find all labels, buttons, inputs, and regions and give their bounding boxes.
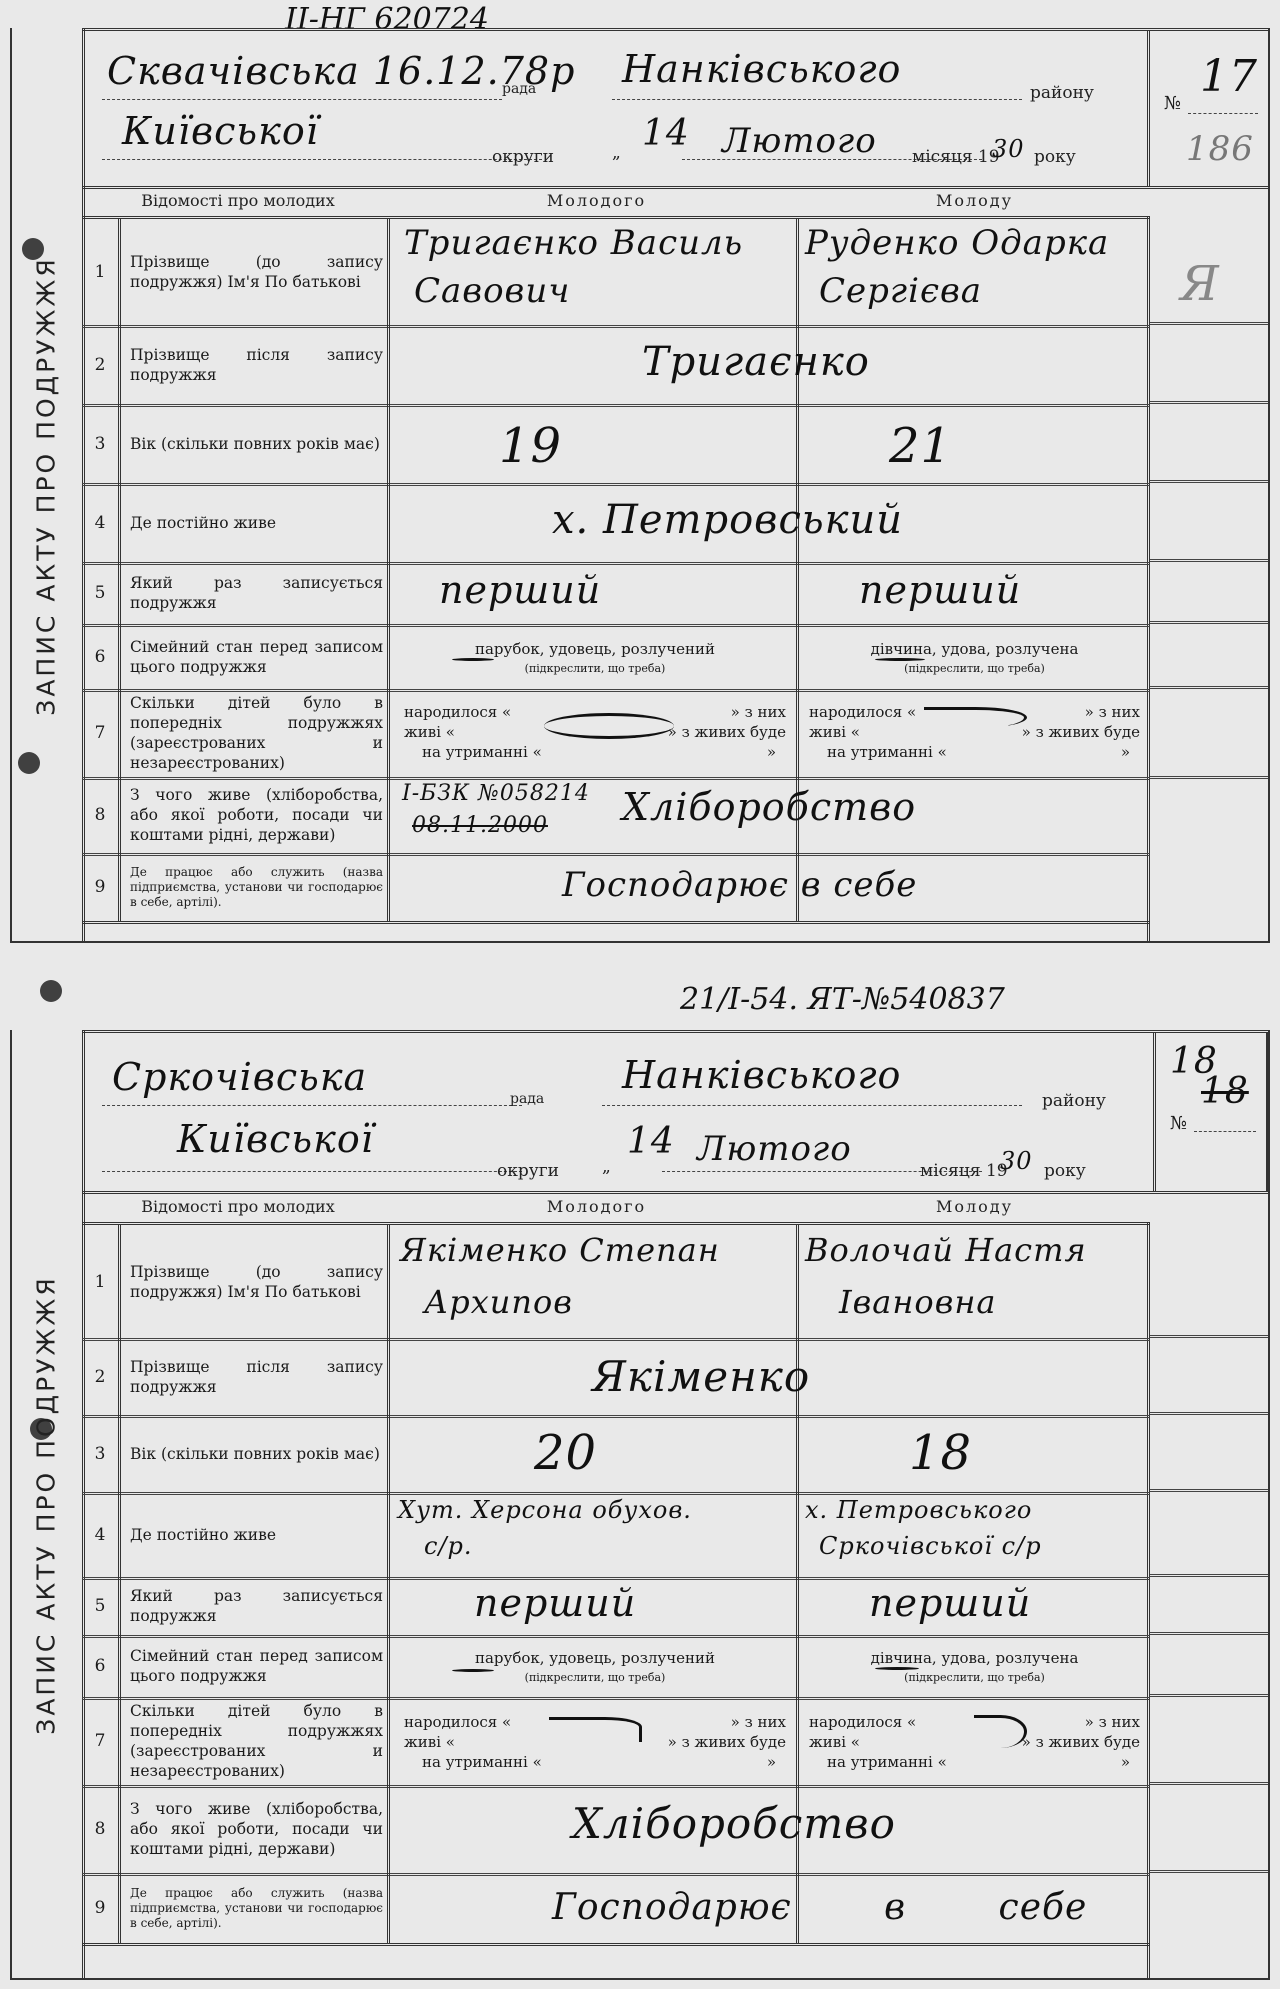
row-number: 2 bbox=[82, 1338, 121, 1415]
record-number: 17 bbox=[1200, 51, 1258, 102]
okruha-label: округи bbox=[492, 147, 554, 167]
row-number: 5 bbox=[82, 562, 121, 624]
rada-label: рада bbox=[510, 1091, 544, 1107]
bride-status-options: дівчина, удова, розлучена bbox=[799, 640, 1150, 658]
bride-name-line2: Івановна bbox=[839, 1283, 996, 1321]
row-label: Де постійно живе bbox=[122, 483, 390, 562]
row-label: Де працює або служить (назва підприємств… bbox=[122, 853, 390, 921]
day-value: 14 bbox=[627, 1121, 675, 1162]
row-number: 7 bbox=[82, 1697, 121, 1785]
side-strip: ЗАПИС АКТУ ПРО ПОДРУЖЖЯ bbox=[10, 28, 85, 943]
row-occupation: 8 З чого живе (хліборобства, або якої ро… bbox=[82, 777, 1150, 856]
row-number: 7 bbox=[82, 689, 121, 777]
col-head-bride: Молоду bbox=[799, 1192, 1150, 1225]
row-residence: 4 Де постійно живе Хут. Херсона обухов. … bbox=[82, 1492, 1150, 1580]
raion-value: Нанківського bbox=[622, 1053, 901, 1097]
row-label: Скільки дітей було в попередніх подружжя… bbox=[122, 689, 390, 777]
row-workplace: 9 Де працює або служить (назва підприємс… bbox=[82, 853, 1150, 924]
row-number: 4 bbox=[82, 483, 121, 562]
side-title: ЗАПИС АКТУ ПРО ПОДРУЖЖЯ bbox=[32, 1275, 61, 1734]
rada-value: Сркочівська bbox=[112, 1055, 367, 1099]
raion-value: Нанківського bbox=[622, 47, 901, 91]
row-label: Прізвище після запису подружжя bbox=[122, 325, 390, 404]
groom-age: 20 bbox=[534, 1425, 597, 1481]
record-header: Сркочівська рада Нанківського району Киї… bbox=[82, 1030, 1268, 1194]
surname-after-value: Якіменко bbox=[592, 1352, 810, 1401]
record-number-struck: 18 bbox=[1201, 1071, 1249, 1112]
row-label: З чого живе (хліборобства, або якої робо… bbox=[122, 1785, 390, 1873]
row-number: 8 bbox=[82, 777, 121, 853]
row-number: 3 bbox=[82, 1415, 121, 1492]
bride-children-dash bbox=[974, 1715, 1027, 1748]
bride-age: 21 bbox=[889, 418, 952, 474]
row-children: 7 Скільки дітей було в попередніх подруж… bbox=[82, 689, 1150, 780]
raion-label: району bbox=[1030, 83, 1094, 103]
year-label: року bbox=[1044, 1161, 1086, 1181]
bride-status-hint: (підкреслити, що треба) bbox=[799, 662, 1150, 675]
month-value: Лютого bbox=[722, 121, 877, 161]
row-label: З чого живе (хліборобства, або якої робо… bbox=[122, 777, 390, 853]
row-number: 8 bbox=[82, 1785, 121, 1873]
row-age: 3 Вік (скільки повних років має) 20 18 bbox=[82, 1415, 1150, 1495]
groom-residence-line2: с/р. bbox=[424, 1532, 473, 1560]
record-header: Сквачівська 16.12.78р рада Нанківського … bbox=[82, 28, 1268, 189]
bride-children-dash bbox=[924, 707, 1027, 728]
groom-children-dash bbox=[549, 1717, 642, 1742]
bride-name-cell: Руденко Одарка Сергієва bbox=[799, 219, 1150, 325]
row-label: Де постійно живе bbox=[122, 1492, 390, 1577]
groom-status-underline bbox=[452, 658, 494, 661]
row-surname-after: 2 Прізвище після запису подружжя Якіменк… bbox=[82, 1338, 1150, 1418]
quote-open: „ bbox=[602, 1157, 611, 1177]
col-head-info: Відомості про молодих bbox=[82, 186, 394, 219]
surname-after-value: Тригаєнко bbox=[642, 339, 870, 385]
row-status: 6 Сімейний стан перед записом цього подр… bbox=[82, 624, 1150, 692]
okruha-value: Київської bbox=[177, 1117, 374, 1161]
month-value: Лютого bbox=[697, 1129, 852, 1169]
bride-times: перший bbox=[859, 568, 1021, 612]
side-title: ЗАПИС АКТУ ПРО ПОДРУЖЖЯ bbox=[32, 256, 61, 715]
bride-times: перший bbox=[869, 1581, 1031, 1625]
marriage-record-1: ЗАПИС АКТУ ПРО ПОДРУЖЖЯ Сквачівська 16.1… bbox=[0, 28, 1280, 943]
bride-status-underline bbox=[875, 658, 925, 661]
year-label: року bbox=[1034, 147, 1076, 167]
row-label: Скільки дітей було в попередніх подружжя… bbox=[122, 1697, 390, 1785]
row-number: 4 bbox=[82, 1492, 121, 1577]
bride-status-underline bbox=[875, 1667, 919, 1670]
row-surname-after: 2 Прізвище після запису подружжя Тригаєн… bbox=[82, 325, 1150, 407]
row-number: 5 bbox=[82, 1577, 121, 1635]
number-sign: № bbox=[1170, 1113, 1187, 1134]
row-label: Вік (скільки повних років має) bbox=[122, 404, 390, 483]
bride-name-line1: Волочай Настя bbox=[805, 1231, 1087, 1269]
bride-residence-line2: Сркочівської с/р bbox=[819, 1532, 1042, 1560]
groom-age: 19 bbox=[499, 418, 562, 474]
groom-status-options: парубок, удовець, розлучений bbox=[394, 1649, 796, 1667]
okruha-value: Київської bbox=[122, 109, 319, 153]
groom-name-cell: Тригаєнко Василь Савович bbox=[394, 219, 799, 325]
year-value: 30 bbox=[992, 135, 1025, 163]
month-label: місяця 19 bbox=[920, 1161, 1008, 1181]
row-number: 2 bbox=[82, 325, 121, 404]
col-head-groom: Молодого bbox=[394, 1192, 799, 1225]
residence-value: х. Петровський bbox=[552, 497, 903, 543]
row-times: 5 Який раз записується подружжя перший п… bbox=[82, 1577, 1150, 1638]
record-number-box: № 17 186 bbox=[1147, 31, 1268, 186]
groom-residence-line1: Хут. Херсона обухов. bbox=[398, 1496, 692, 1524]
row-name: 1 Прізвище (до запису подружжя) Ім'я По … bbox=[82, 219, 1150, 328]
groom-name-line1: Тригаєнко Василь bbox=[404, 223, 743, 263]
row-label: Який раз записується подружжя bbox=[122, 1577, 390, 1635]
row-occupation: 8 З чого живе (хліборобства, або якої ро… bbox=[82, 1785, 1150, 1876]
row-residence: 4 Де постійно живе х. Петровський bbox=[82, 483, 1150, 565]
archive-stamp-middle: 21/I-54. ЯТ-№540837 bbox=[680, 982, 1005, 1017]
row-age: 3 Вік (скільки повних років має) 19 21 bbox=[82, 404, 1150, 486]
groom-occupation-note2: 08.11.2000 bbox=[412, 813, 548, 838]
groom-times: перший bbox=[439, 568, 601, 612]
row-number: 9 bbox=[82, 1873, 121, 1943]
bride-status-options: дівчина, удова, розлучена bbox=[799, 1649, 1150, 1667]
row-number: 9 bbox=[82, 853, 121, 921]
row-label: Прізвище (до запису подружжя) Ім'я По ба… bbox=[122, 219, 390, 325]
col-head-bride: Молоду bbox=[799, 186, 1150, 219]
number-sign: № bbox=[1164, 93, 1181, 114]
margin-mark: Я bbox=[1180, 256, 1220, 312]
row-label: Який раз записується подружжя bbox=[122, 562, 390, 624]
bride-name-line1: Руденко Одарка bbox=[805, 223, 1109, 263]
groom-occupation-note1: І-БЗК №058214 bbox=[402, 781, 590, 806]
bride-status-hint: (підкреслити, що треба) bbox=[799, 1671, 1150, 1684]
groom-status-hint: (підкреслити, що треба) bbox=[394, 1671, 796, 1684]
marriage-record-2: ЗАПИС АКТУ ПРО ПОДРУЖЖЯ Сркочівська рада… bbox=[0, 1030, 1280, 1980]
col-head-groom: Молодого bbox=[394, 186, 799, 219]
groom-children-dash bbox=[544, 713, 674, 739]
quote-open: „ bbox=[612, 143, 621, 163]
groom-name-line2: Архипов bbox=[424, 1283, 573, 1321]
bride-residence-line1: х. Петровського bbox=[805, 1496, 1032, 1524]
occupation-value: Хліборобство bbox=[622, 785, 916, 829]
row-label: Прізвище після запису подружжя bbox=[122, 1338, 390, 1415]
occupation-value: Хліборобство bbox=[572, 1799, 896, 1848]
row-label: Сімейний стан перед записом цього подруж… bbox=[122, 1635, 390, 1697]
row-label: Прізвище (до запису подружжя) Ім'я По ба… bbox=[122, 1225, 390, 1338]
row-label: Вік (скільки повних років має) bbox=[122, 1415, 390, 1492]
row-number: 1 bbox=[82, 1225, 121, 1338]
groom-times: перший bbox=[474, 1581, 636, 1625]
row-label: Де працює або служить (назва підприємств… bbox=[122, 1873, 390, 1943]
groom-status-underline bbox=[452, 1669, 494, 1672]
ink-stain bbox=[40, 980, 62, 1002]
row-label: Сімейний стан перед записом цього подруж… bbox=[122, 624, 390, 689]
month-label: місяця 19 bbox=[912, 147, 1000, 167]
record-table: Відомості про молодих Молодого Молоду Я … bbox=[82, 186, 1268, 943]
groom-name-line2: Савович bbox=[414, 271, 570, 311]
year-value: 30 bbox=[1000, 1147, 1033, 1175]
rada-label: рада bbox=[502, 81, 536, 97]
record-number-secondary: 186 bbox=[1186, 129, 1254, 169]
workplace-value: Господарює в себе bbox=[552, 1887, 1087, 1928]
raion-label: району bbox=[1042, 1091, 1106, 1111]
ink-stain bbox=[22, 238, 44, 260]
groom-name-line1: Якіменко Степан bbox=[400, 1231, 720, 1269]
side-strip: ЗАПИС АКТУ ПРО ПОДРУЖЖЯ bbox=[10, 1030, 85, 1980]
row-number: 3 bbox=[82, 404, 121, 483]
ink-stain bbox=[18, 752, 40, 774]
day-value: 14 bbox=[642, 113, 690, 154]
right-margin: Я bbox=[1147, 216, 1268, 943]
row-children: 7 Скільки дітей було в попередніх подруж… bbox=[82, 1697, 1150, 1788]
row-number: 6 bbox=[82, 1635, 121, 1697]
col-head-info: Відомості про молодих bbox=[82, 1192, 394, 1225]
groom-status-options: парубок, удовець, розлучений bbox=[394, 640, 796, 658]
right-margin bbox=[1147, 1222, 1268, 1980]
okruha-label: округи bbox=[497, 1161, 559, 1181]
bride-name-line2: Сергієва bbox=[819, 271, 982, 311]
record-table: Відомості про молодих Молодого Молоду 1 … bbox=[82, 1192, 1268, 1980]
groom-status-hint: (підкреслити, що треба) bbox=[394, 662, 796, 675]
row-name: 1 Прізвище (до запису подружжя) Ім'я По … bbox=[82, 1225, 1150, 1341]
bride-age: 18 bbox=[909, 1425, 972, 1481]
row-workplace: 9 Де працює або служить (назва підприємс… bbox=[82, 1873, 1150, 1946]
row-number: 1 bbox=[82, 219, 121, 325]
record-number-box: 18 18 № bbox=[1153, 1033, 1268, 1191]
row-times: 5 Який раз записується подружжя перший п… bbox=[82, 562, 1150, 627]
row-status: 6 Сімейний стан перед записом цього подр… bbox=[82, 1635, 1150, 1700]
workplace-value: Господарює в себе bbox=[562, 865, 917, 905]
row-number: 6 bbox=[82, 624, 121, 689]
